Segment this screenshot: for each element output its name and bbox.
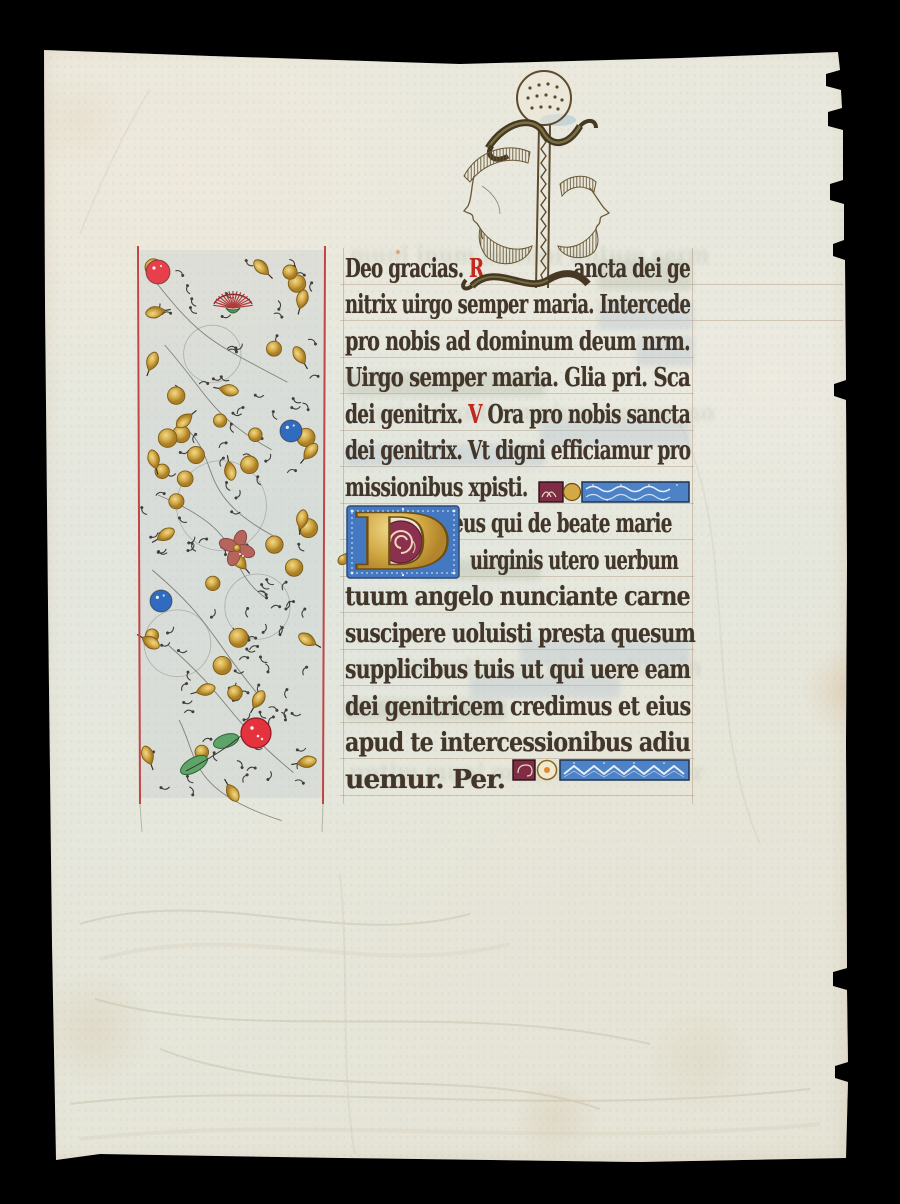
path-decor xyxy=(479,228,532,264)
illuminated-border-panel xyxy=(136,250,328,798)
ruling-line xyxy=(340,320,843,321)
path-decor xyxy=(558,229,598,258)
border-motif-berry xyxy=(150,590,172,612)
text-line-content: dei genitrix. V Ora pro nobis sancta xyxy=(345,402,690,428)
ruling-line xyxy=(340,466,694,467)
circle-decor xyxy=(242,555,244,557)
circle-decor xyxy=(553,95,556,98)
circle-decor xyxy=(234,545,241,552)
path-decor xyxy=(70,1089,810,1104)
photograph-black-background: muni inum nomini untum serminuim nunti o… xyxy=(0,0,900,1204)
initial-letter: D xyxy=(351,497,452,588)
text-line-content: apud te intercessionibus adiu xyxy=(345,730,690,756)
circle-decor xyxy=(548,105,551,108)
circle-decor xyxy=(286,426,289,429)
circle-decor xyxy=(163,594,165,596)
circle-decor xyxy=(535,94,538,97)
ruling-line xyxy=(340,393,694,394)
circle-decor xyxy=(633,762,635,764)
text-line-content: suscipere uoluisti presta quesum xyxy=(345,621,695,647)
text-line: tuum angelo nunciante carne xyxy=(345,584,749,610)
text-line: apud te intercessionibus adiu xyxy=(345,730,748,756)
circle-decor xyxy=(544,93,547,96)
circle-decor xyxy=(146,260,170,284)
gold-bezant xyxy=(283,265,297,279)
path-decor xyxy=(590,188,609,229)
line-decor xyxy=(548,125,550,288)
polyline-decor xyxy=(541,128,546,282)
circle-decor xyxy=(191,710,194,713)
left-profile-face xyxy=(464,148,532,264)
path-decor xyxy=(580,121,596,128)
staff xyxy=(536,125,550,288)
circle-decor xyxy=(537,83,540,86)
latin-text-run: dei genitrix. xyxy=(345,400,468,430)
text-line: uemur. Per. xyxy=(345,767,501,793)
ruling-line xyxy=(340,612,694,613)
circle-decor xyxy=(546,82,549,85)
gold-bezant xyxy=(241,456,259,474)
gold-bezant xyxy=(213,656,231,674)
gold-bezant xyxy=(158,429,177,448)
path-decor xyxy=(488,123,580,148)
circle-decor xyxy=(528,86,531,89)
text-line: Uirgo semper maria. Glia pri. Sca xyxy=(345,365,801,391)
path-decor xyxy=(80,910,470,924)
circle-decor xyxy=(634,499,636,501)
cherry-fruit xyxy=(241,718,271,748)
circle-decor xyxy=(556,107,559,110)
rubric-mark: V xyxy=(468,400,482,430)
circle-decor xyxy=(160,265,162,267)
gold-bezant xyxy=(229,628,248,647)
line-decor xyxy=(536,125,539,288)
text-line: suscipere uoluisti presta quesum xyxy=(345,621,797,647)
gold-bezant xyxy=(249,428,263,442)
ruling-line xyxy=(340,795,694,796)
circle-decor xyxy=(676,484,678,486)
circle-decor xyxy=(156,596,159,599)
gold-bezant xyxy=(206,576,220,590)
text-line: pro nobis ad dominum deum nrm. xyxy=(345,329,812,355)
path-decor xyxy=(340,874,355,1154)
circle-decor xyxy=(648,484,650,486)
border-motif-berry xyxy=(280,420,302,442)
circle-decor xyxy=(555,85,558,88)
gold-bezant xyxy=(169,494,184,509)
circle-decor xyxy=(250,726,253,729)
circle-decor xyxy=(152,266,155,269)
circle-decor xyxy=(592,484,594,486)
circle-decor xyxy=(293,424,295,426)
ruling-line xyxy=(340,357,694,358)
circle-decor xyxy=(280,420,302,442)
latin-text-run: dei genitricem credimus et eius xyxy=(345,692,690,722)
ball-finial xyxy=(517,71,571,125)
circle-decor xyxy=(239,553,241,555)
latin-text-run: suscipere uoluisti presta quesum xyxy=(345,619,695,649)
text-line: dei genitricem credimus et eius xyxy=(345,694,777,720)
vellum-leaf: muni inum nomini untum serminuim nunti o… xyxy=(40,44,850,1166)
gold-bezant xyxy=(188,447,205,464)
latin-text-run: uemur. Per. xyxy=(345,765,505,795)
gold-bezant xyxy=(177,471,193,487)
latin-text-run: pro nobis ad dominum deum nrm. xyxy=(345,327,690,357)
circle-decor xyxy=(517,71,571,125)
text-line: dei genitrix. Vt digni efficiamur pro xyxy=(345,438,829,464)
path-decor xyxy=(482,186,500,214)
circle-decor xyxy=(662,499,664,501)
circle-decor xyxy=(560,98,563,101)
text-line: dei genitrix. V Ora pro nobis sancta xyxy=(345,402,828,428)
path-decor xyxy=(80,1124,820,1139)
circle-decor xyxy=(261,738,263,740)
text-line-content: pro nobis ad dominum deum nrm. xyxy=(345,329,690,355)
border-motif-berry xyxy=(146,260,170,284)
latin-text-run: supplicibus tuis ut qui uere eam xyxy=(345,655,690,685)
circle-decor xyxy=(530,106,533,109)
circle-decor xyxy=(544,767,550,773)
path-decor xyxy=(80,89,150,234)
g-decor xyxy=(80,944,820,1139)
path-decor xyxy=(100,944,510,959)
gold-disc xyxy=(564,484,581,501)
latin-text-run: dei genitrix. Vt digni efficiamur pro xyxy=(345,436,690,466)
circle-decor xyxy=(539,105,542,108)
text-line-content: tuum angelo nunciante carne xyxy=(345,584,690,610)
bottom-flourish xyxy=(463,274,588,289)
latin-text-run: apud te intercessionibus adiu xyxy=(345,728,690,758)
circle-decor xyxy=(150,590,172,612)
text-line-content: uemur. Per. xyxy=(345,767,505,793)
latin-text-run: Ora pro nobis sancta xyxy=(482,400,690,430)
ruling-line xyxy=(340,685,694,686)
circle-decor xyxy=(606,499,608,501)
latin-text-run: uirginis utero uerbum xyxy=(470,546,678,576)
text-line: eus qui de beate marie xyxy=(452,511,763,537)
text-line-content: dei genitricem credimus et eius xyxy=(345,694,690,720)
text-line: uirginis utero uerbum xyxy=(470,548,773,574)
text-line-content: supplicibus tuis ut qui uere eam xyxy=(345,657,690,683)
gold-bezant xyxy=(168,387,185,404)
circle-decor xyxy=(620,484,622,486)
gold-bezant xyxy=(214,414,227,427)
latin-text-run: Uirgo semper maria. Glia pri. Sca xyxy=(345,363,690,393)
text-line-content: uirginis utero uerbum xyxy=(470,548,678,574)
ruling-line xyxy=(340,722,694,723)
gold-bezant xyxy=(285,559,302,576)
circle-decor xyxy=(257,735,260,738)
text-line-content: dei genitrix. Vt digni efficiamur pro xyxy=(345,438,690,464)
path-decor xyxy=(560,176,596,196)
ruling-line xyxy=(340,430,694,431)
gold-tail xyxy=(338,553,347,565)
line-filler-waves xyxy=(538,481,690,503)
panel-rule-left xyxy=(138,246,140,804)
circle-decor xyxy=(603,762,605,764)
circle-decor xyxy=(526,96,529,99)
line-filler-zigzag xyxy=(512,759,690,781)
text-line: supplicibus tuis ut qui uere eam xyxy=(345,657,785,683)
circle-decor xyxy=(573,762,575,764)
circle-decor xyxy=(453,510,456,513)
illuminated-initial-d: D xyxy=(333,503,463,583)
path-decor xyxy=(95,999,650,1044)
circle-decor xyxy=(453,572,456,575)
gold-bezant xyxy=(266,536,283,553)
cadel-initial-drawing xyxy=(438,56,650,308)
gold-bezant xyxy=(228,686,243,701)
gold-bezant xyxy=(267,341,282,356)
circle-decor xyxy=(663,762,665,764)
ruling-line xyxy=(340,649,694,650)
latin-text-run: eus qui de beate marie xyxy=(452,509,672,539)
text-line-content: eus qui de beate marie xyxy=(452,511,672,537)
text-line-content: Uirgo semper maria. Glia pri. Sca xyxy=(345,365,690,391)
right-profile-face xyxy=(558,176,609,257)
